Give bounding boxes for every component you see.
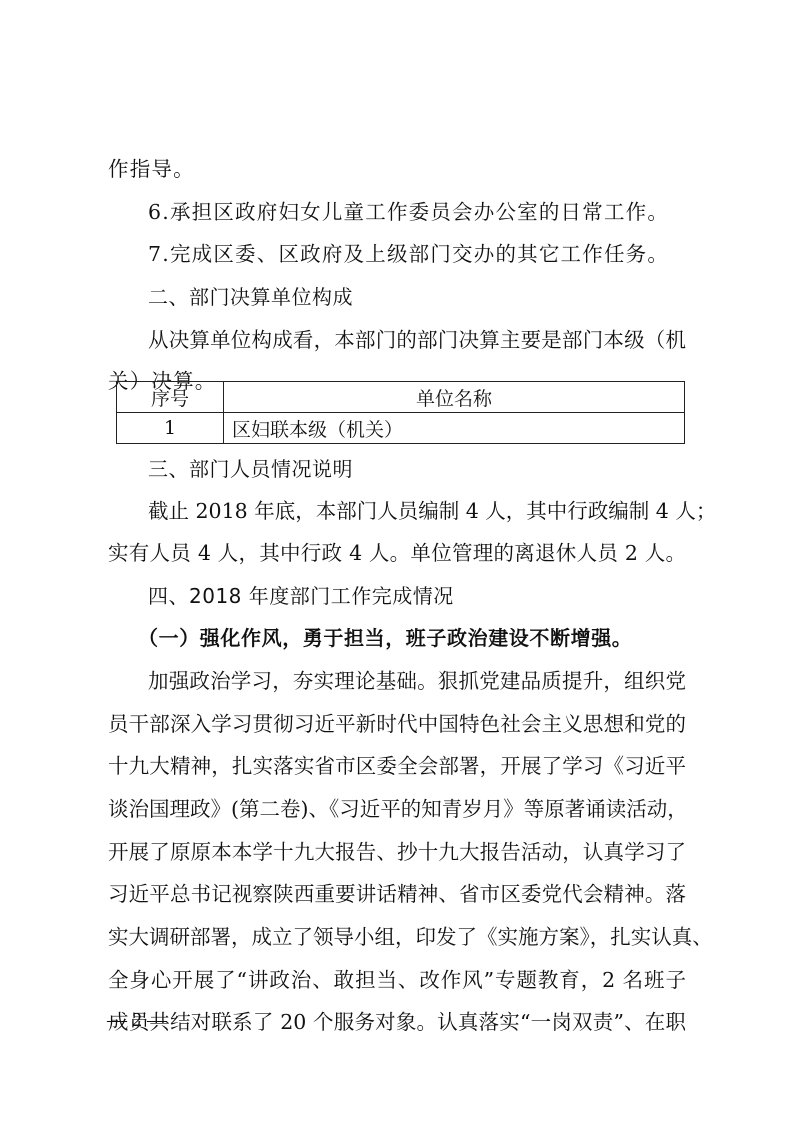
section-heading-4: 四、2018 年度部门工作完成情况 [148,582,454,610]
section-4-paragraph-line: 开展了原原本本学十九大报告、抄十九大报告活动，认真学习了 [108,838,686,866]
section-4-paragraph-line: 实大调研部署，成立了领导小组，印发了《实施方案》，扎实认真、 [108,923,686,951]
section-4-paragraph-line: 谈治国理政》(第二卷)、《习近平的知青岁月》等原著诵读活动， [108,795,686,823]
section-2-paragraph-line-1: 从决算单位构成看，本部门的部门决算主要是部门本级（机 [148,326,686,354]
section-4-subheading-1: （一）强化作风，勇于担当，班子政治建设不断增强。 [138,624,632,652]
section-3-paragraph-line-2: 实有人员 4 人，其中行政 4 人。单位管理的离退休人员 2 人。 [108,539,686,567]
paragraph-continuation: 作指导。 [108,155,195,183]
section-heading-3: 三、部门人员情况说明 [148,455,353,483]
table-cell-index: 1 [117,413,224,444]
section-4-paragraph-line: 加强政治学习，夯实理论基础。狠抓党建品质提升，组织党 [148,667,686,695]
table-cell-unit-name: 区妇联本级（机关） [224,413,685,444]
section-4-paragraph-line: 十九大精神，扎实落实省市区委全会部署，开展了学习《习近平 [108,752,686,780]
section-4-paragraph-line: 习近平总书记视察陕西重要讲话精神、省市区委党代会精神。落 [108,880,686,908]
table-row: 1 区妇联本级（机关） [117,413,685,444]
section-4-paragraph-line: 成员共结对联系了 20 个服务对象。认真落实“一岗双责”、在职 [108,1008,686,1036]
section-4-paragraph-line: 全身心开展了“讲政治、敢担当、改作风”专题教育，2 名班子 [108,966,686,994]
table-header-unit-name: 单位名称 [224,382,685,413]
page-number: — 2 — [107,1009,167,1032]
table-header-row: 序号 单位名称 [117,382,685,413]
unit-composition-table: 序号 单位名称 1 区妇联本级（机关） [116,381,685,444]
section-heading-2: 二、部门决算单位构成 [148,283,353,311]
table-header-index: 序号 [117,382,224,413]
section-4-paragraph-line: 员干部深入学习贯彻习近平新时代中国特色社会主义思想和党的 [108,710,686,738]
list-item-6: 6.承担区政府妇女儿童工作委员会办公室的日常工作。 [148,198,669,226]
section-3-paragraph-line-1: 截止 2018 年底，本部门人员编制 4 人，其中行政编制 4 人； [148,497,686,525]
list-item-7: 7.完成区委、区政府及上级部门交办的其它工作任务。 [148,240,669,268]
